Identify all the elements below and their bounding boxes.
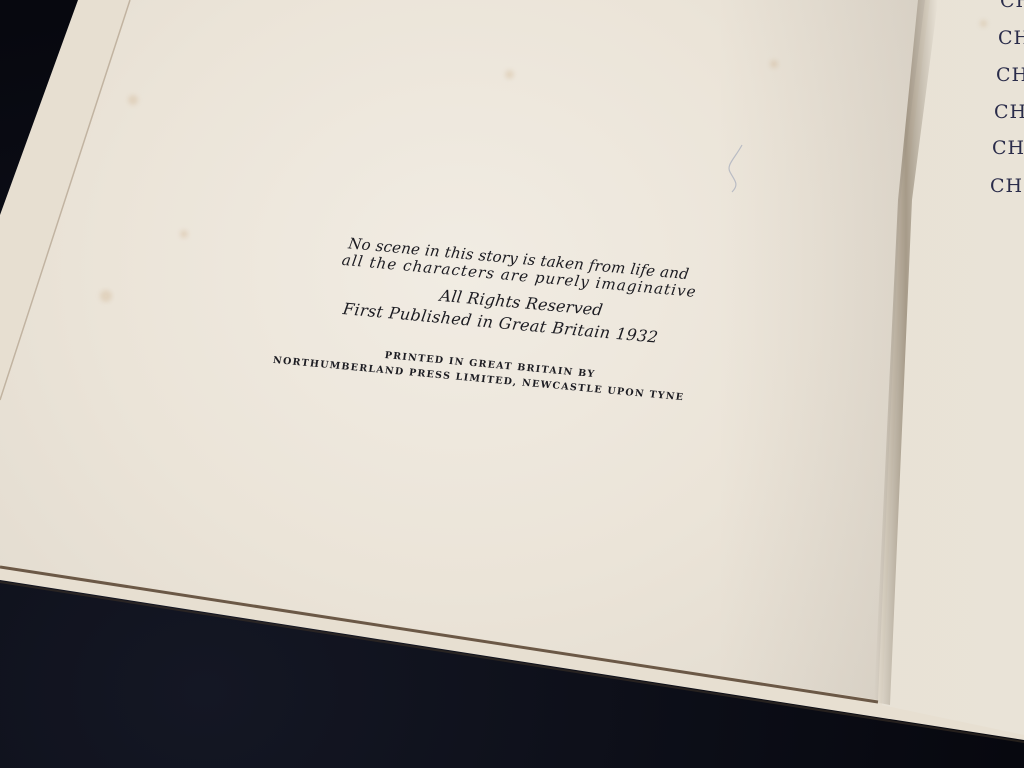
book-photo: No scene in this story is taken from lif… (0, 0, 1024, 768)
toc-item: CH (990, 175, 1023, 197)
foxing-stain (100, 290, 112, 302)
foxing-stain (505, 70, 514, 79)
toc-item: CH (1000, 0, 1024, 12)
toc-item: CH (992, 137, 1024, 159)
toc-item: CH (994, 101, 1024, 123)
toc-item: CH (996, 64, 1024, 86)
foxing-stain (128, 95, 138, 105)
toc-item: CH (998, 27, 1024, 49)
foxing-stain (770, 60, 778, 68)
foxing-stain (980, 20, 987, 27)
foxing-stain (180, 230, 188, 238)
